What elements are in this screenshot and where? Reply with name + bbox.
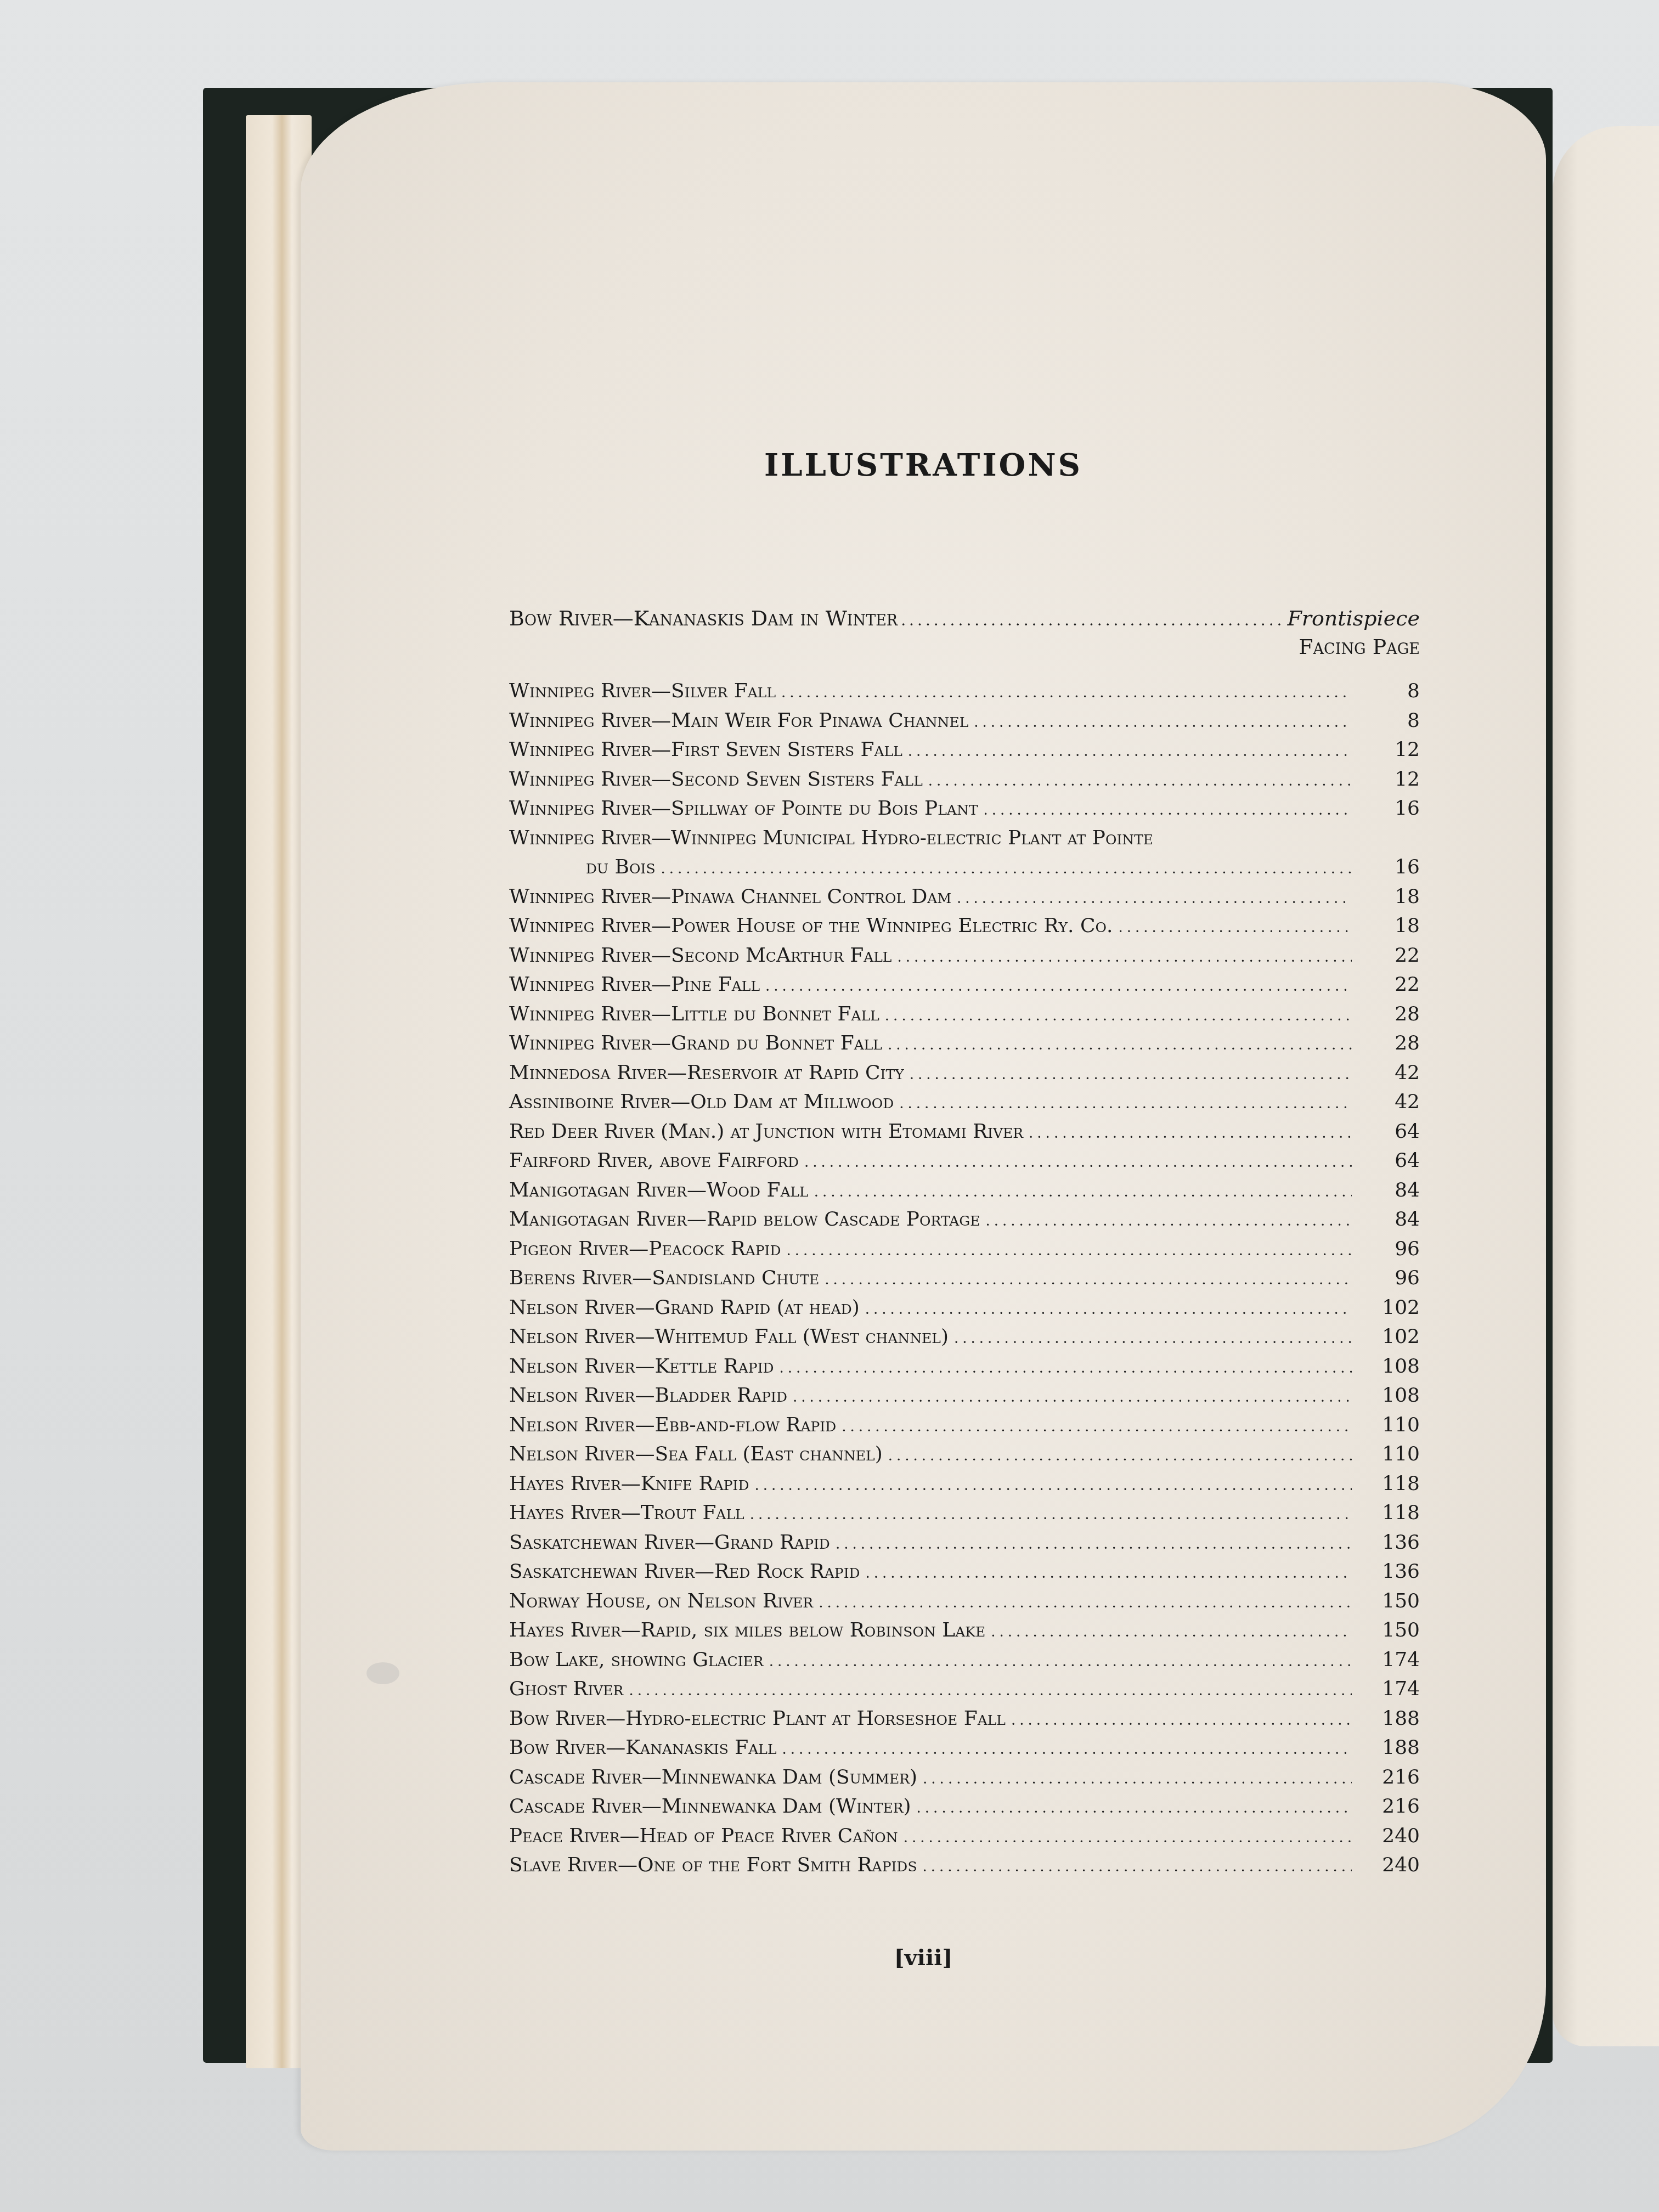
entry-page: 28 [1359,1029,1420,1058]
entry-label: Winnipeg River—Grand du Bonnet Fall [509,1029,882,1058]
dot-leader: ........................................… [1118,913,1352,943]
entry-label: Winnipeg River—Silver Fall [509,676,776,706]
dot-leader: ........................................… [782,1735,1352,1765]
entry-label: du Bois [509,853,656,882]
list-item: Norway House, on Nelson River...........… [509,1587,1420,1616]
entry-page: 188 [1359,1704,1420,1734]
dot-leader: ........................................… [923,1765,1352,1795]
dot-leader: ........................................… [897,943,1352,973]
list-item: Bow River—Hydro-electric Plant at Horses… [509,1704,1420,1734]
entry-page: 108 [1359,1352,1420,1381]
entry-label: Winnipeg River—Little du Bonnet Fall [509,1000,879,1029]
dot-leader: ........................................… [954,1324,1352,1354]
list-item: Assiniboine River—Old Dam at Millwood...… [509,1087,1420,1117]
entry-page: 84 [1359,1176,1420,1205]
entry-label: Bow River—Kananaskis Dam in Winter [509,606,898,630]
list-item: Winnipeg River—Second Seven Sisters Fall… [509,765,1420,794]
list-item: Fairford River, above Fairford..........… [509,1146,1420,1176]
entry-label: Bow River—Kananaskis Fall [509,1733,777,1763]
entry-label: Pigeon River—Peacock Rapid [509,1234,781,1264]
list-item: Winnipeg River—Spillway of Pointe du Boi… [509,794,1420,823]
entry-label: Bow Lake, showing Glacier [509,1645,764,1675]
entry-page: 110 [1359,1410,1420,1440]
dot-leader: ........................................… [819,1589,1352,1618]
dot-leader: ........................................… [661,855,1352,884]
entry-label: Red Deer River (Man.) at Junction with E… [509,1117,1023,1147]
entry-page: 174 [1359,1674,1420,1704]
entry-page: 12 [1359,765,1420,794]
dot-leader: ........................................… [901,611,1284,629]
dot-leader: ........................................… [983,796,1352,826]
entry-page: 18 [1359,911,1420,941]
dot-leader: ........................................… [908,737,1352,767]
dot-leader: ........................................… [1029,1119,1352,1149]
entry-page: 96 [1359,1234,1420,1264]
dot-leader: ........................................… [888,1442,1352,1471]
list-item: Nelson River—Sea Fall (East channel)....… [509,1440,1420,1469]
dot-leader: ........................................… [923,1853,1352,1882]
list-item: Winnipeg River—Power House of the Winnip… [509,911,1420,941]
dot-leader: ........................................… [899,1090,1352,1119]
entry-page: 16 [1359,794,1420,823]
list-item: Ghost River.............................… [509,1674,1420,1704]
dot-leader: ........................................… [991,1618,1352,1647]
list-item: Slave River—One of the Fort Smith Rapids… [509,1850,1420,1880]
dot-leader: ........................................… [804,1148,1352,1178]
entry-label: Hayes River—Knife Rapid [509,1469,749,1499]
list-item: Hayes River—Rapid, six miles below Robin… [509,1616,1420,1645]
entry-page: 16 [1359,853,1420,882]
entry-page: 136 [1359,1528,1420,1558]
entry-label: Winnipeg River—Main Weir For Pinawa Chan… [509,706,968,736]
entry-label: Nelson River—Ebb-and-flow Rapid [509,1410,836,1440]
dot-leader: ........................................… [910,1060,1352,1090]
entry-page: 216 [1359,1763,1420,1792]
list-item: Nelson River—Kettle Rapid...............… [509,1352,1420,1381]
list-item: Nelson River—Whitemud Fall (West channel… [509,1322,1420,1352]
entry-label: Slave River—One of the Fort Smith Rapids [509,1850,917,1880]
book-page: ILLUSTRATIONS Bow River—Kananaskis Dam i… [301,82,1546,2151]
list-item: Winnipeg River—Silver Fall..............… [509,676,1420,706]
entry-label: Nelson River—Whitemud Fall (West channel… [509,1322,949,1352]
entry-page: 18 [1359,882,1420,912]
entry-label: Hayes River—Trout Fall [509,1498,744,1528]
entry-page: 150 [1359,1587,1420,1616]
list-item: Winnipeg River—Little du Bonnet Fall....… [509,1000,1420,1029]
entry-label: Manigotagan River—Wood Fall [509,1176,809,1205]
dot-leader: ........................................… [885,1002,1352,1031]
list-item: Hayes River—Knife Rapid.................… [509,1469,1420,1499]
list-item: Winnipeg River—Second McArthur Fall.....… [509,941,1420,970]
list-item: du Bois.................................… [509,853,1420,882]
illustrations-list: Bow River—Kananaskis Dam in Winter .....… [509,606,1420,1880]
entry-page: 118 [1359,1498,1420,1528]
entry-label: Nelson River—Kettle Rapid [509,1352,774,1381]
entry-page: 102 [1359,1293,1420,1323]
entry-label: Manigotagan River—Rapid below Cascade Po… [509,1205,980,1234]
facing-page-edge [1553,126,1659,2046]
entry-page: 22 [1359,970,1420,1000]
dot-leader: ........................................… [780,1354,1352,1384]
entry-page: 150 [1359,1616,1420,1645]
entry-label: Winnipeg River—Second McArthur Fall [509,941,891,970]
entry-page: 174 [1359,1645,1420,1675]
entry-page: 96 [1359,1263,1420,1293]
entry-page: 28 [1359,1000,1420,1029]
entry-page: 110 [1359,1440,1420,1469]
list-item: Winnipeg River—Grand du Bonnet Fall.....… [509,1029,1420,1058]
entry-page: 64 [1359,1146,1420,1176]
entry-page: 8 [1359,676,1420,706]
entry-page: 136 [1359,1557,1420,1587]
entry-page: 108 [1359,1381,1420,1410]
dot-leader: ........................................… [974,708,1352,738]
entry-page: 12 [1359,735,1420,765]
entry-page: 64 [1359,1117,1420,1147]
entry-label: Nelson River—Grand Rapid (at head) [509,1293,860,1323]
entry-label: Winnipeg River—First Seven Sisters Fall [509,735,902,765]
list-item: Hayes River—Trout Fall..................… [509,1498,1420,1528]
entry-page: Frontispiece [1287,606,1420,630]
list-item: Peace River—Head of Peace River Cañon...… [509,1821,1420,1851]
entry-label: Assiniboine River—Old Dam at Millwood [509,1087,894,1117]
entry-page: 216 [1359,1792,1420,1821]
list-item: Manigotagan River—Rapid below Cascade Po… [509,1205,1420,1234]
entry-label: Norway House, on Nelson River [509,1587,813,1616]
entry-label: Winnipeg River—Winnipeg Municipal Hydro-… [509,823,1153,853]
list-item: Berens River—Sandisland Chute...........… [509,1263,1420,1293]
dot-leader: ........................................… [866,1559,1352,1589]
entry-page: 42 [1359,1058,1420,1088]
list-item: Cascade River—Minnewanka Dam (Summer)...… [509,1763,1420,1792]
entry-label: Winnipeg River—Pine Fall [509,970,760,1000]
list-item: Minnedosa River—Reservoir at Rapid City.… [509,1058,1420,1088]
dot-leader: ........................................… [836,1530,1352,1560]
entry-label: Winnipeg River—Second Seven Sisters Fall [509,765,923,794]
entry-label: Bow River—Hydro-electric Plant at Horses… [509,1704,1006,1734]
list-item: Winnipeg River—Winnipeg Municipal Hydro-… [509,823,1420,853]
list-item: Cascade River—Minnewanka Dam (Winter)...… [509,1792,1420,1821]
entry-page: 240 [1359,1821,1420,1851]
paper-stain [366,1662,399,1684]
dot-leader: ........................................… [781,679,1352,708]
dot-leader: ........................................… [825,1266,1352,1295]
list-item: Saskatchewan River—Red Rock Rapid.......… [509,1557,1420,1587]
entry-label: Winnipeg River—Pinawa Channel Control Da… [509,882,951,912]
list-item: Manigotagan River—Wood Fall.............… [509,1176,1420,1205]
dot-leader: ........................................… [957,884,1352,914]
entry-page: 240 [1359,1850,1420,1880]
entry-label: Hayes River—Rapid, six miles below Robin… [509,1616,985,1645]
page-number: [viii] [301,1945,1546,1971]
list-item: Pigeon River—Peacock Rapid..............… [509,1234,1420,1264]
entry-page: 84 [1359,1205,1420,1234]
dot-leader: ........................................… [793,1383,1352,1413]
entry-page: 188 [1359,1733,1420,1763]
dot-leader: ........................................… [917,1794,1352,1824]
list-item: Winnipeg River—Main Weir For Pinawa Chan… [509,706,1420,736]
list-item: Winnipeg River—First Seven Sisters Fall.… [509,735,1420,765]
list-item: Winnipeg River—Pinawa Channel Control Da… [509,882,1420,912]
dot-leader: ........................................… [985,1207,1352,1237]
dot-leader: ........................................… [888,1031,1352,1060]
entry-page: 8 [1359,706,1420,736]
dot-leader: ........................................… [865,1295,1352,1325]
facing-page-header: Facing Page [509,635,1420,667]
dot-leader: ........................................… [787,1237,1352,1266]
dot-leader: ........................................… [629,1677,1352,1706]
page-title: ILLUSTRATIONS [301,447,1546,483]
entry-label: Cascade River—Minnewanka Dam (Summer) [509,1763,917,1792]
list-item: Bow River—Kananaskis Fall...............… [509,1733,1420,1763]
dot-leader: ........................................… [928,767,1352,797]
entry-label: Fairford River, above Fairford [509,1146,799,1176]
dot-leader: ........................................… [1011,1706,1352,1736]
entry-label: Saskatchewan River—Red Rock Rapid [509,1557,860,1587]
frontispiece-entry: Bow River—Kananaskis Dam in Winter .....… [509,606,1420,635]
entry-label: Peace River—Head of Peace River Cañon [509,1821,898,1851]
entry-label: Ghost River [509,1674,623,1704]
dot-leader: ........................................… [765,972,1352,1002]
entry-page: 118 [1359,1469,1420,1499]
list-item: Nelson River—Bladder Rapid..............… [509,1381,1420,1410]
list-item: Saskatchewan River—Grand Rapid..........… [509,1528,1420,1558]
entry-page: 102 [1359,1322,1420,1352]
list-item: Red Deer River (Man.) at Junction with E… [509,1117,1420,1147]
list-item: Bow Lake, showing Glacier...............… [509,1645,1420,1675]
entry-label: Minnedosa River—Reservoir at Rapid City [509,1058,904,1088]
dot-leader: ........................................… [769,1647,1352,1677]
entry-label: Berens River—Sandisland Chute [509,1263,819,1293]
entry-label: Nelson River—Bladder Rapid [509,1381,787,1410]
dot-leader: ........................................… [814,1178,1352,1207]
dot-leader: ........................................… [904,1824,1352,1853]
dot-leader: ........................................… [750,1500,1352,1530]
entry-label: Winnipeg River—Spillway of Pointe du Boi… [509,794,978,823]
entry-page: 42 [1359,1087,1420,1117]
entry-label: Cascade River—Minnewanka Dam (Winter) [509,1792,911,1821]
list-item: Nelson River—Grand Rapid (at head)......… [509,1293,1420,1323]
dot-leader: ........................................… [754,1471,1352,1501]
list-item: Winnipeg River—Pine Fall................… [509,970,1420,1000]
dot-leader: ........................................… [842,1413,1352,1442]
entry-label: Saskatchewan River—Grand Rapid [509,1528,830,1558]
entry-label: Nelson River—Sea Fall (East channel) [509,1440,883,1469]
entry-label: Winnipeg River—Power House of the Winnip… [509,911,1113,941]
entry-page: 22 [1359,941,1420,970]
list-item: Nelson River—Ebb-and-flow Rapid.........… [509,1410,1420,1440]
entries-list: Winnipeg River—Silver Fall..............… [509,676,1420,1880]
